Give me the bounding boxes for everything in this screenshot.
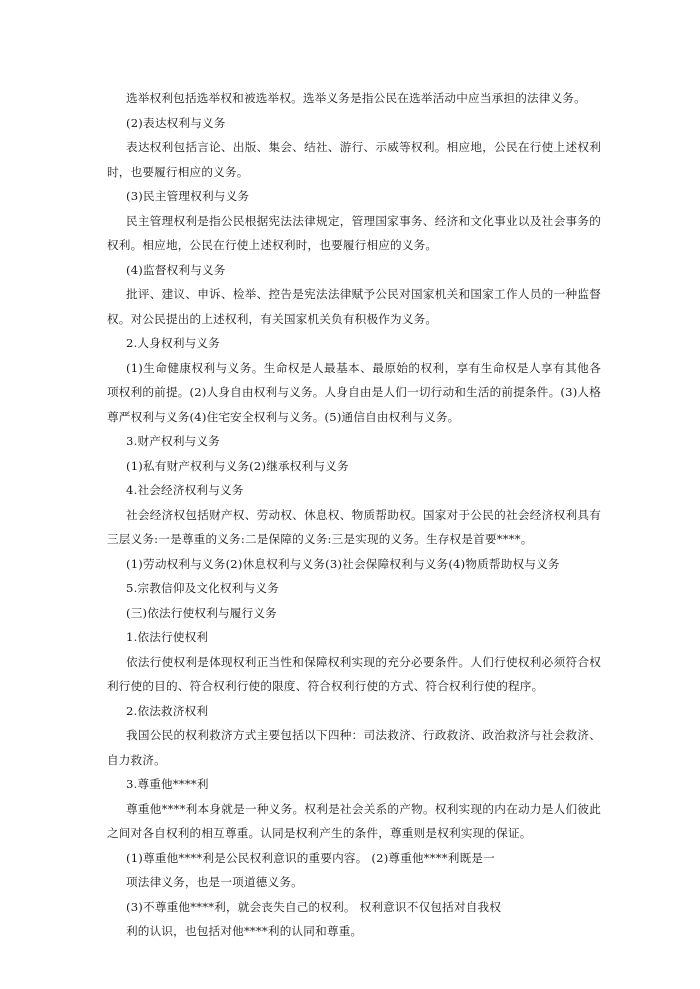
document-page: 选举权利包括选举权和被选举权。选举义务是指公民在选举活动中应当承担的法律义务。 … xyxy=(107,86,601,944)
paragraph-expression-rights: 表达权利包括言论、出版、集会、结社、游行、示威等权利。相应地，公民在行使上述权利… xyxy=(107,135,601,184)
heading-exercise-rights: 1.依法行使权利 xyxy=(107,625,601,650)
heading-religion-culture: 5.宗教信仰及文化权利与义务 xyxy=(107,576,601,601)
heading-respect-others: 3.尊重他****利 xyxy=(107,772,601,797)
paragraph-socioeconomic-rights: 社会经济权包括财产权、劳动权、休息权、物质帮助权。国家对于公民的社会经济权利具有… xyxy=(107,503,601,552)
paragraph-remedy-rights: 我国公民的权利救济方式主要包括以下四种：司法救济、行政救济、政治救济与社会救济、… xyxy=(107,723,601,772)
paragraph-respect-others: 尊重他****利本身就是一种义务。权利是社会关系的产物。权利实现的内在动力是人们… xyxy=(107,797,601,846)
heading-section-three: (三)依法行使权利与履行义务 xyxy=(107,601,601,626)
heading-democratic-management: (3)民主管理权利与义务 xyxy=(107,184,601,209)
paragraph-respect-points-3-cont: 利的认识，也包括对他****利的认同和尊重。 xyxy=(107,919,601,944)
paragraph-personal-rights: (1)生命健康权利与义务。生命权是人最基本、最原始的权利，享有生命权是人享有其他… xyxy=(107,356,601,430)
paragraph-property-rights: (1)私有财产权利与义务(2)继承权利与义务 xyxy=(107,454,601,479)
heading-expression-rights: (2)表达权利与义务 xyxy=(107,111,601,136)
paragraph-respect-points-3: (3)不尊重他****利，就会丧失自己的权利。 权利意识不仅包括对自我权 xyxy=(107,895,601,920)
paragraph-supervision-rights: 批评、建议、申诉、检举、控告是宪法法律赋予公民对国家机关和国家工作人员的一种监督… xyxy=(107,282,601,331)
heading-remedy-rights: 2.依法救济权利 xyxy=(107,699,601,724)
paragraph-respect-points-1: (1)尊重他****利是公民权利意识的重要内容。 (2)尊重他****利既是一 xyxy=(107,846,601,871)
heading-socioeconomic-rights: 4.社会经济权利与义务 xyxy=(107,478,601,503)
heading-personal-rights: 2.人身权利与义务 xyxy=(107,331,601,356)
paragraph-socioeconomic-list: (1)劳动权利与义务(2)休息权利与义务(3)社会保障权利与义务(4)物质帮助权… xyxy=(107,552,601,577)
heading-supervision-rights: (4)监督权利与义务 xyxy=(107,258,601,283)
paragraph-election-rights: 选举权利包括选举权和被选举权。选举义务是指公民在选举活动中应当承担的法律义务。 xyxy=(107,86,601,111)
heading-property-rights: 3.财产权利与义务 xyxy=(107,429,601,454)
paragraph-democratic-management: 民主管理权利是指公民根据宪法法律规定，管理国家事务、经济和文化事业以及社会事务的… xyxy=(107,209,601,258)
paragraph-respect-points-1-cont: 项法律义务，也是一项道德义务。 xyxy=(107,870,601,895)
paragraph-exercise-rights: 依法行使权利是体现权利正当性和保障权利实现的充分必要条件。人们行使权利必须符合权… xyxy=(107,650,601,699)
